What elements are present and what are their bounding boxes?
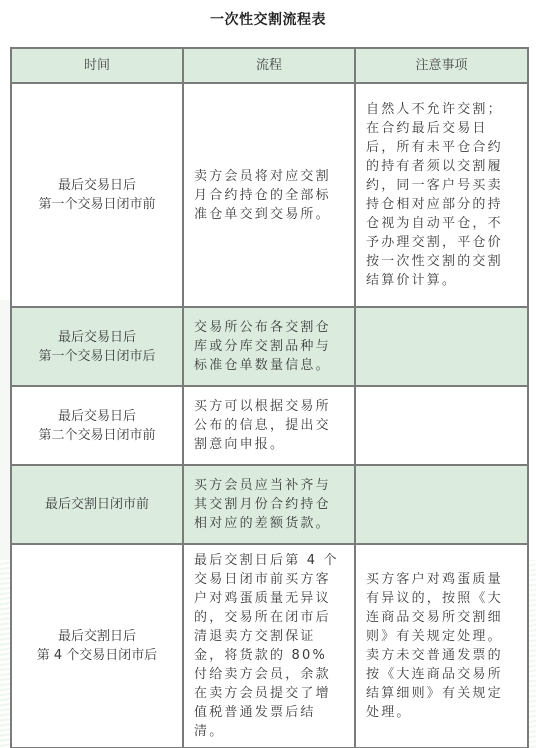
process-cell: 买方可以根据交易所公布的信息，提出交割意向申报。 <box>183 386 355 465</box>
process-cell: 卖方会员将对应交割月合约持仓的全部标准仓单交到交易所。 <box>183 83 355 307</box>
time-line: 第二个交易日闭市前 <box>16 426 178 445</box>
process-cell: 最后交割日后第 4 个交易日闭市前买方客户对鸡蛋质量无异议的，交易所在闭市后清退… <box>183 544 355 748</box>
notes-cell <box>355 386 528 465</box>
table-row: 最后交易日后 第一个交易日闭市前 卖方会员将对应交割月合约持仓的全部标准仓单交到… <box>11 83 528 307</box>
notes-cell: 买方客户对鸡蛋质量有异议的，按照《大连商品交易所交割细则》有关规定处理。卖方未交… <box>355 544 528 748</box>
notes-cell: 自然人不允许交割；在合约最后交易日后，所有未平仓合约的持有者须以交割履约，同一客… <box>355 83 528 307</box>
process-cell: 买方会员应当补齐与其交割月份合约持仓相对应的差额货款。 <box>183 465 355 544</box>
time-line: 第一个交易日闭市后 <box>16 347 178 366</box>
time-line: 最后交易日后 <box>16 328 178 347</box>
column-header-notes: 注意事项 <box>355 48 528 83</box>
column-header-process: 流程 <box>183 48 355 83</box>
time-cell: 最后交易日后 第二个交易日闭市前 <box>11 386 183 465</box>
time-cell: 最后交割日闭市前 <box>11 465 183 544</box>
time-cell: 最后交割日后 第 4 个交易日闭市后 <box>11 544 183 748</box>
time-line: 第 4 个交易日闭市后 <box>16 646 178 665</box>
notes-cell <box>355 307 528 386</box>
time-line: 最后交割日闭市前 <box>16 495 178 514</box>
time-line: 最后交易日后 <box>16 407 178 426</box>
time-line: 第一个交易日闭市前 <box>16 195 178 214</box>
table-row: 最后交割日后 第 4 个交易日闭市后 最后交割日后第 4 个交易日闭市前买方客户… <box>11 544 528 748</box>
time-cell: 最后交易日后 第一个交易日闭市前 <box>11 83 183 307</box>
table-row: 最后交易日后 第一个交易日闭市后 交易所公布各交割仓库或分库交割品种与标准仓单数… <box>11 307 528 386</box>
delivery-process-table: 时间 流程 注意事项 最后交易日后 第一个交易日闭市前 卖方会员将对应交割月合约… <box>10 47 529 748</box>
table-header-row: 时间 流程 注意事项 <box>11 48 528 83</box>
table-row: 最后交割日闭市前 买方会员应当补齐与其交割月份合约持仓相对应的差额货款。 <box>11 465 528 544</box>
page-title: 一次性交割流程表 <box>0 9 536 29</box>
time-line: 最后交易日后 <box>16 176 178 195</box>
time-cell: 最后交易日后 第一个交易日闭市后 <box>11 307 183 386</box>
notes-cell <box>355 465 528 544</box>
process-cell: 交易所公布各交割仓库或分库交割品种与标准仓单数量信息。 <box>183 307 355 386</box>
table-row: 最后交易日后 第二个交易日闭市前 买方可以根据交易所公布的信息，提出交割意向申报… <box>11 386 528 465</box>
time-line: 最后交割日后 <box>16 627 178 646</box>
column-header-time: 时间 <box>11 48 183 83</box>
